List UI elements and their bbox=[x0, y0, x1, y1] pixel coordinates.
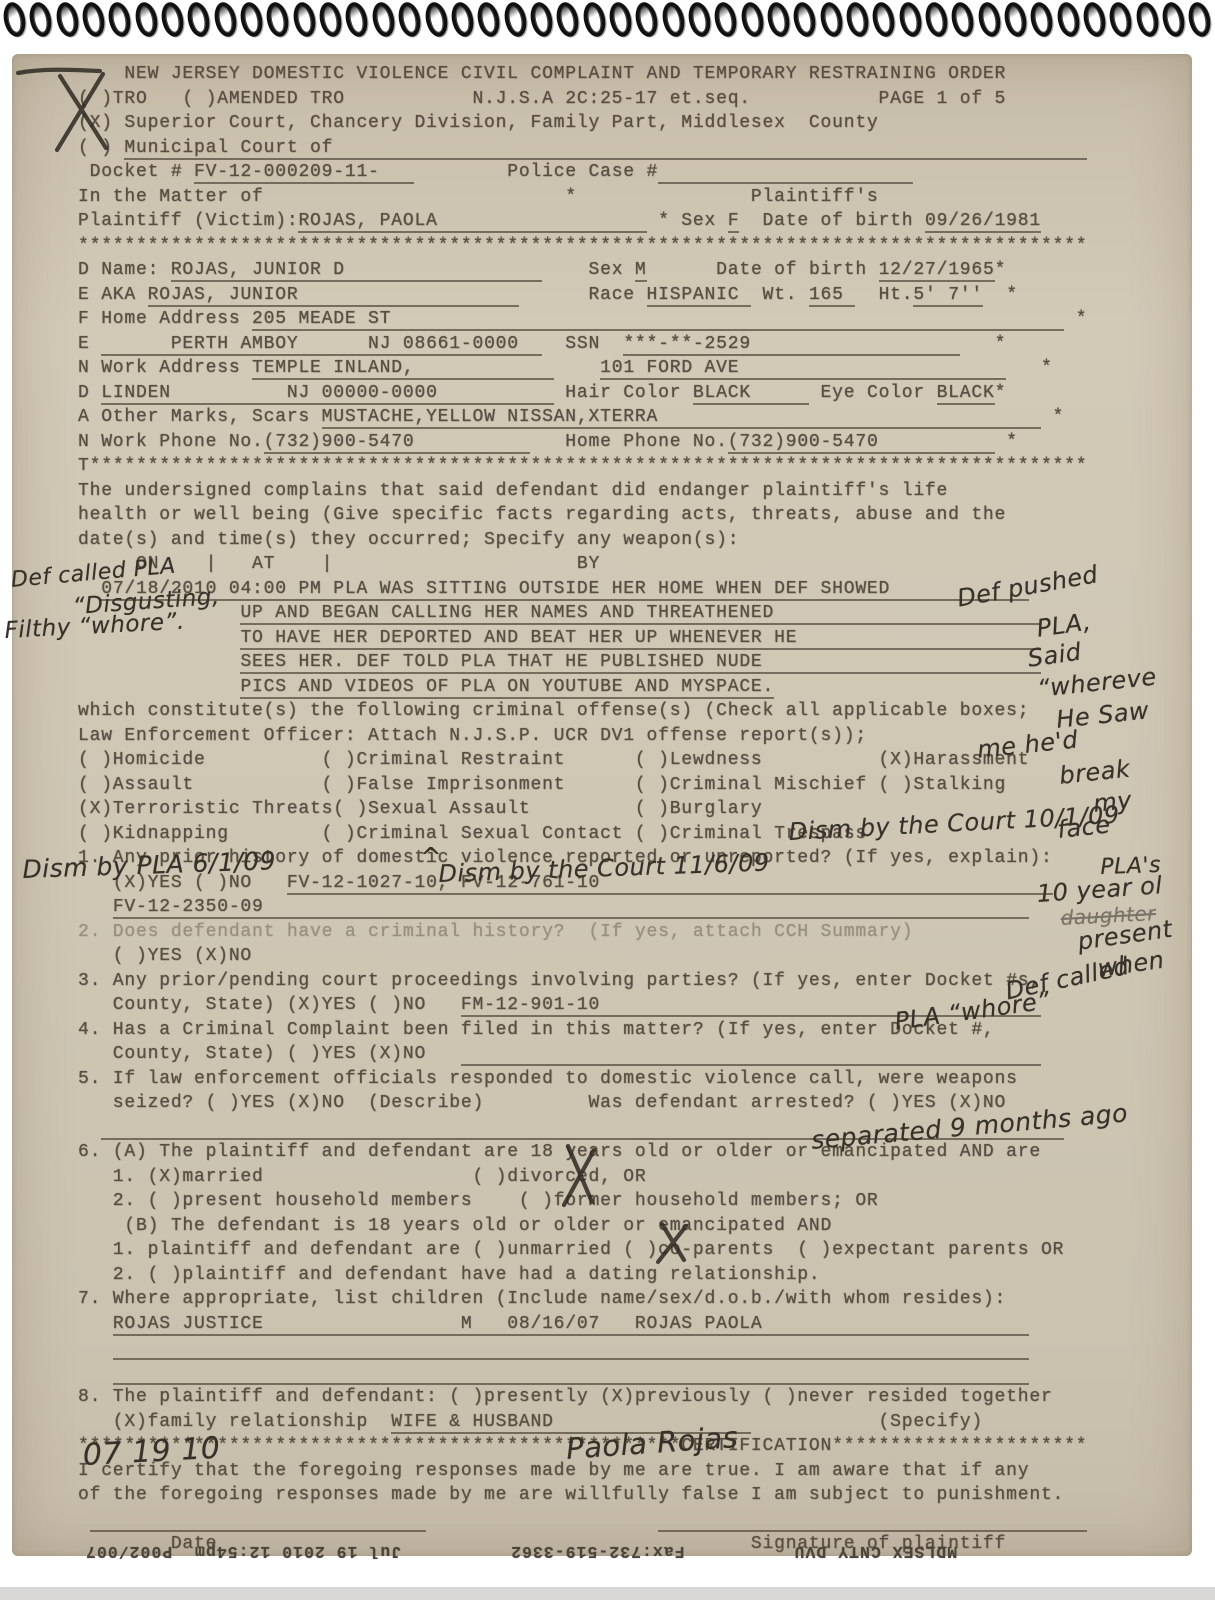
form-text: Wt. bbox=[751, 285, 809, 305]
filled-field bbox=[461, 1044, 1041, 1066]
filled-field: ROJAS, JUNIOR bbox=[148, 285, 519, 307]
binding-coil-icon bbox=[870, 0, 898, 39]
filled-field bbox=[113, 1338, 1030, 1360]
form-text: The undersigned complains that said defe… bbox=[78, 481, 948, 501]
filled-field: M bbox=[635, 260, 647, 282]
form-text: which constitute(s) the following crimin… bbox=[78, 701, 1029, 721]
form-text: N Work Address bbox=[78, 358, 252, 378]
filled-field: 165 bbox=[809, 285, 855, 307]
binding-coil-icon bbox=[1054, 0, 1082, 39]
typed-line bbox=[78, 1361, 1087, 1386]
typed-line: ( )TRO ( )AMENDED TRO N.J.S.A 2C:25-17 e… bbox=[78, 87, 1087, 112]
form-text: ( )Kidnapping ( )Criminal Sexual Contact… bbox=[78, 824, 867, 844]
filled-field: 09/26/1981 bbox=[925, 211, 1041, 233]
form-text: * bbox=[995, 383, 1007, 403]
binding-coil-icon bbox=[975, 0, 1003, 39]
filled-field: MUSTACHE,YELLOW NISSAN,XTERRA bbox=[322, 407, 1041, 429]
form-text: ****************************************… bbox=[78, 236, 1087, 256]
binding-coil-icon bbox=[475, 0, 503, 39]
form-text: Sex bbox=[542, 260, 635, 280]
form-text: (X) Superior Court, Chancery Division, F… bbox=[78, 113, 879, 133]
binding-coil-icon bbox=[606, 0, 634, 39]
form-text bbox=[426, 1510, 658, 1530]
form-text: 5. If law enforcement officials responde… bbox=[78, 1069, 1018, 1089]
binding-coil-icon bbox=[264, 0, 292, 39]
binding-coil-icon bbox=[80, 0, 108, 39]
form-text: Home Phone No. bbox=[530, 432, 727, 452]
filled-field: PICS AND VIDEOS OF PLA ON YOUTUBE AND MY… bbox=[240, 677, 774, 699]
binding-coil-icon bbox=[369, 0, 397, 39]
typed-line: health or well being (Give specific fact… bbox=[78, 503, 1087, 528]
binding-coil-icon bbox=[53, 0, 81, 39]
filled-field: (732)900-5470 bbox=[264, 432, 531, 454]
form-text: Race bbox=[519, 285, 647, 305]
typed-line: FV-12-2350-09 bbox=[78, 895, 1087, 920]
binding-coil-icon bbox=[106, 0, 134, 39]
typed-line: County, State) ( )YES (X)NO bbox=[78, 1042, 1087, 1067]
form-text: 1. plaintiff and defendant are ( )unmarr… bbox=[78, 1240, 1064, 1260]
form-text: health or well being (Give specific fact… bbox=[78, 505, 1006, 525]
typed-line: 07/18/2010 04:00 PM PLA WAS SITTING OUTS… bbox=[78, 577, 1087, 602]
typed-line: (X) Superior Court, Chancery Division, F… bbox=[78, 111, 1087, 136]
filled-field: TEMPLE INLAND, bbox=[252, 358, 554, 380]
form-text bbox=[78, 1118, 101, 1138]
typed-line: 2. Does defendant have a criminal histor… bbox=[78, 920, 1087, 945]
typed-line: ( )YES (X)NO bbox=[78, 944, 1087, 969]
filled-field: TO HAVE HER DEPORTED AND BEAT HER UP WHE… bbox=[240, 628, 1041, 650]
typed-line: SEES HER. DEF TOLD PLA THAT HE PUBLISHED… bbox=[78, 650, 1087, 675]
typed-line: 8. The plaintiff and defendant: ( )prese… bbox=[78, 1385, 1087, 1410]
binding-coil-icon bbox=[159, 0, 187, 39]
form-text: (B) The defendant is 18 years old or old… bbox=[78, 1216, 832, 1236]
binding-coil-icon bbox=[27, 0, 55, 39]
typed-line: Law Enforcement Officer: Attach N.J.S.P.… bbox=[78, 724, 1087, 749]
form-text: SSN bbox=[542, 334, 623, 354]
typed-line: of the foregoing responses made by me ar… bbox=[78, 1483, 1087, 1508]
binding-coil-icon bbox=[396, 0, 424, 39]
binding-coil-icon bbox=[633, 0, 661, 39]
form-text: County, State) ( )YES (X)NO bbox=[78, 1044, 461, 1064]
filled-field: F bbox=[728, 211, 740, 233]
form-text: 2. ( )plaintiff and defendant have had a… bbox=[78, 1265, 821, 1285]
binding-coil-icon bbox=[923, 0, 951, 39]
filled-field: LINDEN NJ 00000-0000 bbox=[101, 383, 553, 405]
typed-line bbox=[78, 1508, 1087, 1533]
form-text: E bbox=[78, 334, 101, 354]
photo-edge-strip bbox=[0, 1587, 1215, 1600]
form-text: ( )Homicide ( )Criminal Restraint ( )Lew… bbox=[78, 750, 1029, 770]
form-text: 2. Does defendant have a criminal histor… bbox=[78, 922, 913, 942]
typed-line: A Other Marks, Scars MUSTACHE,YELLOW NIS… bbox=[78, 405, 1087, 430]
form-text: * bbox=[1041, 407, 1064, 427]
binding-coil-icon bbox=[238, 0, 266, 39]
form-text: 1. (X)married ( )divorced, OR bbox=[78, 1167, 647, 1187]
typed-line: D LINDEN NJ 00000-0000 Hair Color BLACK … bbox=[78, 381, 1087, 406]
binding-coil-icon bbox=[659, 0, 687, 39]
form-text bbox=[78, 1314, 113, 1334]
filled-field bbox=[90, 1510, 426, 1532]
binding-coil-icon bbox=[765, 0, 793, 39]
form-text: * Sex bbox=[647, 211, 728, 231]
form-text bbox=[78, 652, 240, 672]
typed-line: 1. (X)married ( )divorced, OR bbox=[78, 1165, 1087, 1190]
form-text: County, State) (X)YES ( )NO bbox=[78, 995, 461, 1015]
binding-coil-icon bbox=[422, 0, 450, 39]
typed-line: 2. ( )plaintiff and defendant have had a… bbox=[78, 1263, 1087, 1288]
binding-coil-icon bbox=[501, 0, 529, 39]
form-text: (X)Terroristic Threats( )Sexual Assault … bbox=[78, 799, 763, 819]
typed-line: N Work Address TEMPLE INLAND, 101 FORD A… bbox=[78, 356, 1087, 381]
form-text: Police Case # bbox=[414, 162, 658, 182]
filled-field: 5' 7'' bbox=[913, 285, 983, 307]
binding-coil-icon bbox=[844, 0, 872, 39]
typed-line bbox=[78, 1336, 1087, 1361]
binding-coil-icon bbox=[317, 0, 345, 39]
filled-field: HISPANIC bbox=[647, 285, 751, 307]
form-text: In the Matter of * Plaintiff's bbox=[78, 187, 879, 207]
filled-field: BLACK bbox=[693, 383, 809, 405]
form-text: E AKA bbox=[78, 285, 148, 305]
form-text: ( )YES (X)NO bbox=[78, 946, 252, 966]
form-text: 4. Has a Criminal Complaint been filed i… bbox=[78, 1020, 995, 1040]
binding-coil-icon bbox=[290, 0, 318, 39]
binding-coil-icon bbox=[817, 0, 845, 39]
form-text bbox=[78, 897, 113, 917]
binding-coil-icon bbox=[1, 0, 29, 39]
filled-field: ROJAS, JUNIOR D bbox=[171, 260, 542, 282]
form-text: 7. Where appropriate, list children (Inc… bbox=[78, 1289, 1006, 1309]
form-text: * bbox=[995, 432, 1018, 452]
form-text bbox=[78, 677, 240, 697]
typed-line: 3. Any prior/pending court proceedings i… bbox=[78, 969, 1087, 994]
form-text: of the foregoing responses made by me ar… bbox=[78, 1485, 1064, 1505]
typed-line: PICS AND VIDEOS OF PLA ON YOUTUBE AND MY… bbox=[78, 675, 1087, 700]
filled-field: 205 MEADE ST bbox=[252, 309, 1064, 331]
binding-coil-icon bbox=[712, 0, 740, 39]
form-text: D Name: bbox=[78, 260, 171, 280]
typed-line: F Home Address 205 MEADE ST * bbox=[78, 307, 1087, 332]
form-text: * bbox=[983, 285, 1018, 305]
binding-coil-icon bbox=[211, 0, 239, 39]
typed-line: UP AND BEGAN CALLING HER NAMES AND THREA… bbox=[78, 601, 1087, 626]
binding-coil-icon bbox=[1133, 0, 1161, 39]
filled-field: Municipal Court of bbox=[124, 138, 1087, 160]
form-text: seized? ( )YES (X)NO (Describe) Was defe… bbox=[78, 1093, 1006, 1113]
typed-line: ( ) Municipal Court of bbox=[78, 136, 1087, 161]
filled-field: SEES HER. DEF TOLD PLA THAT HE PUBLISHED… bbox=[240, 652, 1041, 674]
form-text: Law Enforcement Officer: Attach N.J.S.P.… bbox=[78, 726, 867, 746]
filled-field bbox=[658, 1510, 1087, 1532]
binding-coil-icon bbox=[554, 0, 582, 39]
form-text: A Other Marks, Scars bbox=[78, 407, 322, 427]
form-text: F Home Address bbox=[78, 309, 252, 329]
binding-coil-icon bbox=[132, 0, 160, 39]
binding-coil-icon bbox=[896, 0, 924, 39]
typed-line: D Name: ROJAS, JUNIOR D Sex M Date of bi… bbox=[78, 258, 1087, 283]
form-text: * bbox=[1064, 309, 1087, 329]
binding-coil-icon bbox=[1002, 0, 1030, 39]
typed-line: E AKA ROJAS, JUNIOR Race HISPANIC Wt. 16… bbox=[78, 283, 1087, 308]
binding-coil-icon bbox=[738, 0, 766, 39]
form-text: * bbox=[1006, 358, 1052, 378]
filled-field: ***-**-2529 bbox=[623, 334, 959, 356]
binding-coil-icon bbox=[686, 0, 714, 39]
typed-line: Plaintiff (Victim):ROJAS, PAOLA * Sex F … bbox=[78, 209, 1087, 234]
typed-line: 1. plaintiff and defendant are ( )unmarr… bbox=[78, 1238, 1087, 1263]
typed-line: which constitute(s) the following crimin… bbox=[78, 699, 1087, 724]
filled-field: (732)900-5470 bbox=[728, 432, 995, 454]
filled-field: PERTH AMBOY NJ 08661-0000 bbox=[101, 334, 542, 356]
binding-coil-icon bbox=[791, 0, 819, 39]
typed-line: E PERTH AMBOY NJ 08661-0000 SSN ***-**-2… bbox=[78, 332, 1087, 357]
binding-coil-icon bbox=[185, 0, 213, 39]
typed-line: (B) The defendant is 18 years old or old… bbox=[78, 1214, 1087, 1239]
filled-field: BLACK bbox=[937, 383, 995, 405]
typed-line: 2. ( )present household members ( )forme… bbox=[78, 1189, 1087, 1214]
typed-line: seized? ( )YES (X)NO (Describe) Was defe… bbox=[78, 1091, 1087, 1116]
form-text: N Work Phone No. bbox=[78, 432, 264, 452]
typed-line: 7. Where appropriate, list children (Inc… bbox=[78, 1287, 1087, 1312]
form-text bbox=[554, 358, 600, 378]
form-text: * bbox=[960, 334, 1006, 354]
filled-field bbox=[658, 162, 913, 184]
typed-line: In the Matter of * Plaintiff's bbox=[78, 185, 1087, 210]
form-text: ( )Assault ( )False Imprisonment ( )Crim… bbox=[78, 775, 1006, 795]
binding-coil-icon bbox=[1186, 0, 1214, 39]
filled-field: FV-12-000209-11- bbox=[194, 162, 414, 184]
form-text: Date of birth bbox=[647, 260, 879, 280]
filled-field: ROJAS JUSTICE M 08/16/07 ROJAS PAOLA bbox=[113, 1314, 1030, 1336]
form-text bbox=[78, 1338, 113, 1358]
typed-line: N Work Phone No.(732)900-5470 Home Phone… bbox=[78, 430, 1087, 455]
form-text: D bbox=[78, 383, 101, 403]
form-text: T***************************************… bbox=[78, 456, 1087, 476]
spiral-binding bbox=[0, 0, 1215, 48]
typed-line: ROJAS JUSTICE M 08/16/07 ROJAS PAOLA bbox=[78, 1312, 1087, 1337]
form-text: (X)family relationship bbox=[78, 1412, 391, 1432]
form-text: 3. Any prior/pending court proceedings i… bbox=[78, 971, 1041, 991]
form-text: Ht. bbox=[855, 285, 913, 305]
filled-field: ROJAS, PAOLA bbox=[298, 211, 646, 233]
typed-line: ****************************************… bbox=[78, 234, 1087, 259]
typed-line: Docket # FV-12-000209-11- Police Case # bbox=[78, 160, 1087, 185]
fax-header-upside-down: MDLSEX CNTY DVU Fax:732-519-3362 Jul 19 … bbox=[85, 1542, 957, 1561]
binding-coil-icon bbox=[448, 0, 476, 39]
binding-coil-icon bbox=[1081, 0, 1109, 39]
typed-line: ( )Assault ( )False Imprisonment ( )Crim… bbox=[78, 773, 1087, 798]
binding-coil-icon bbox=[1160, 0, 1188, 39]
typed-line: NEW JERSEY DOMESTIC VIOLENCE CIVIL COMPL… bbox=[78, 62, 1087, 87]
handwritten-annotation: 07 19 10 bbox=[82, 1431, 221, 1473]
typed-line: date(s) and time(s) they occurred; Speci… bbox=[78, 528, 1087, 553]
filled-field: 07/18/2010 04:00 PM PLA WAS SITTING OUTS… bbox=[101, 579, 1029, 601]
typed-line: TO HAVE HER DEPORTED AND BEAT HER UP WHE… bbox=[78, 626, 1087, 651]
typed-line: ( )Homicide ( )Criminal Restraint ( )Lew… bbox=[78, 748, 1087, 773]
typed-line: 5. If law enforcement officials responde… bbox=[78, 1067, 1087, 1092]
form-text bbox=[78, 1510, 90, 1530]
form-text: NEW JERSEY DOMESTIC VIOLENCE CIVIL COMPL… bbox=[78, 64, 1006, 84]
typed-line: T***************************************… bbox=[78, 454, 1087, 479]
form-text: ( ) bbox=[78, 138, 124, 158]
binding-coil-icon bbox=[1028, 0, 1056, 39]
filled-field: 101 FORD AVE bbox=[600, 358, 1006, 380]
filled-field: FV-12-2350-09 bbox=[113, 897, 1030, 919]
binding-coil-icon bbox=[527, 0, 555, 39]
form-text: date(s) and time(s) they occurred; Speci… bbox=[78, 530, 739, 550]
form-text: 8. The plaintiff and defendant: ( )prese… bbox=[78, 1387, 1053, 1407]
form-text: Plaintiff (Victim): bbox=[78, 211, 298, 231]
binding-coil-icon bbox=[343, 0, 371, 39]
form-text: * bbox=[995, 260, 1007, 280]
scanned-fax-document: NEW JERSEY DOMESTIC VIOLENCE CIVIL COMPL… bbox=[0, 0, 1215, 1600]
typed-line: The undersigned complains that said defe… bbox=[78, 479, 1087, 504]
form-text: Docket # bbox=[78, 162, 194, 182]
form-text: ( )TRO ( )AMENDED TRO N.J.S.A 2C:25-17 e… bbox=[78, 89, 1006, 109]
binding-coil-icon bbox=[949, 0, 977, 39]
form-text: Date of birth bbox=[739, 211, 925, 231]
binding-coil-icon bbox=[1107, 0, 1135, 39]
form-text: (Specify) bbox=[751, 1412, 983, 1432]
filled-field: 12/27/1965 bbox=[879, 260, 995, 282]
binding-coil-icon bbox=[580, 0, 608, 39]
filled-field bbox=[113, 1363, 1030, 1385]
form-text: Hair Color bbox=[554, 383, 693, 403]
form-text bbox=[78, 1363, 113, 1383]
filled-field: UP AND BEGAN CALLING HER NAMES AND THREA… bbox=[240, 603, 1041, 625]
form-text: Eye Color bbox=[809, 383, 937, 403]
typed-line: ON | AT | BY bbox=[78, 552, 1087, 577]
form-text: 2. ( )present household members ( )forme… bbox=[78, 1191, 879, 1211]
